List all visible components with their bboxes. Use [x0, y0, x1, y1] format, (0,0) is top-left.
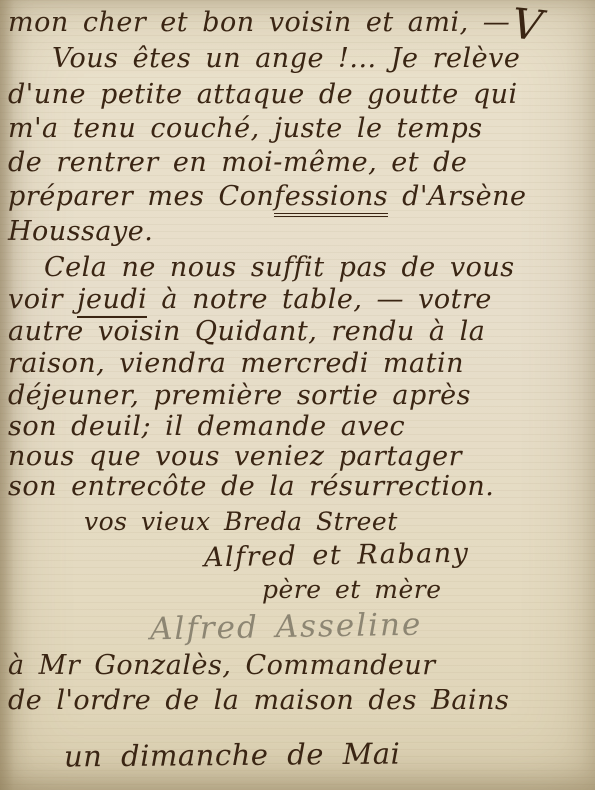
letter-page: V mon cher et bon voisin et ami, — Vous …	[0, 0, 595, 790]
underlined-word: jeudi	[77, 284, 147, 318]
letter-line: Vous êtes un ange !... Je relève	[52, 44, 520, 74]
addressee-line: à Mr Gonzalès, Commandeur	[8, 651, 436, 681]
letter-line: Cela ne nous suffit pas de vous	[44, 253, 515, 283]
line-text: préparer mes Con	[8, 181, 274, 212]
pencil-annotation: Alfred Asseline	[150, 608, 423, 647]
letter-line: de rentrer en moi-même, et de	[8, 148, 467, 178]
letter-line: préparer mes Confessions d'Arsène	[8, 182, 526, 212]
letter-line: son deuil; il demande avec	[8, 412, 405, 442]
letter-line: déjeuner, première sortie après	[8, 381, 471, 411]
line-text: à notre table, — votre	[147, 284, 492, 315]
underlined-word: fessions	[274, 181, 388, 217]
letter-line: autre voisin Quidant, rendu à la	[8, 317, 485, 347]
letter-line: Houssaye.	[8, 217, 153, 247]
letter-line: voir jeudi à notre table, — votre	[8, 285, 492, 315]
line-text: d'Arsène	[388, 181, 526, 212]
addressee-line: de l'ordre de la maison des Bains	[8, 686, 509, 716]
salutation-line: mon cher et bon voisin et ami, —	[8, 8, 510, 38]
closing-line: vos vieux Breda Street	[84, 508, 398, 536]
date-line: un dimanche de Mai	[64, 739, 401, 774]
letter-line: d'une petite attaque de goutte qui	[8, 80, 518, 110]
letter-line: nous que vous veniez partager	[8, 442, 462, 472]
letter-line: raison, viendra mercredi matin	[8, 349, 464, 379]
signature-line: Alfred et Rabany	[204, 539, 470, 573]
signature-line: père et mère	[262, 576, 442, 604]
line-text: voir	[8, 284, 77, 315]
letter-line: son entrecôte de la résurrection.	[8, 472, 494, 502]
letter-line: m'a tenu couché, juste le temps	[8, 114, 483, 144]
